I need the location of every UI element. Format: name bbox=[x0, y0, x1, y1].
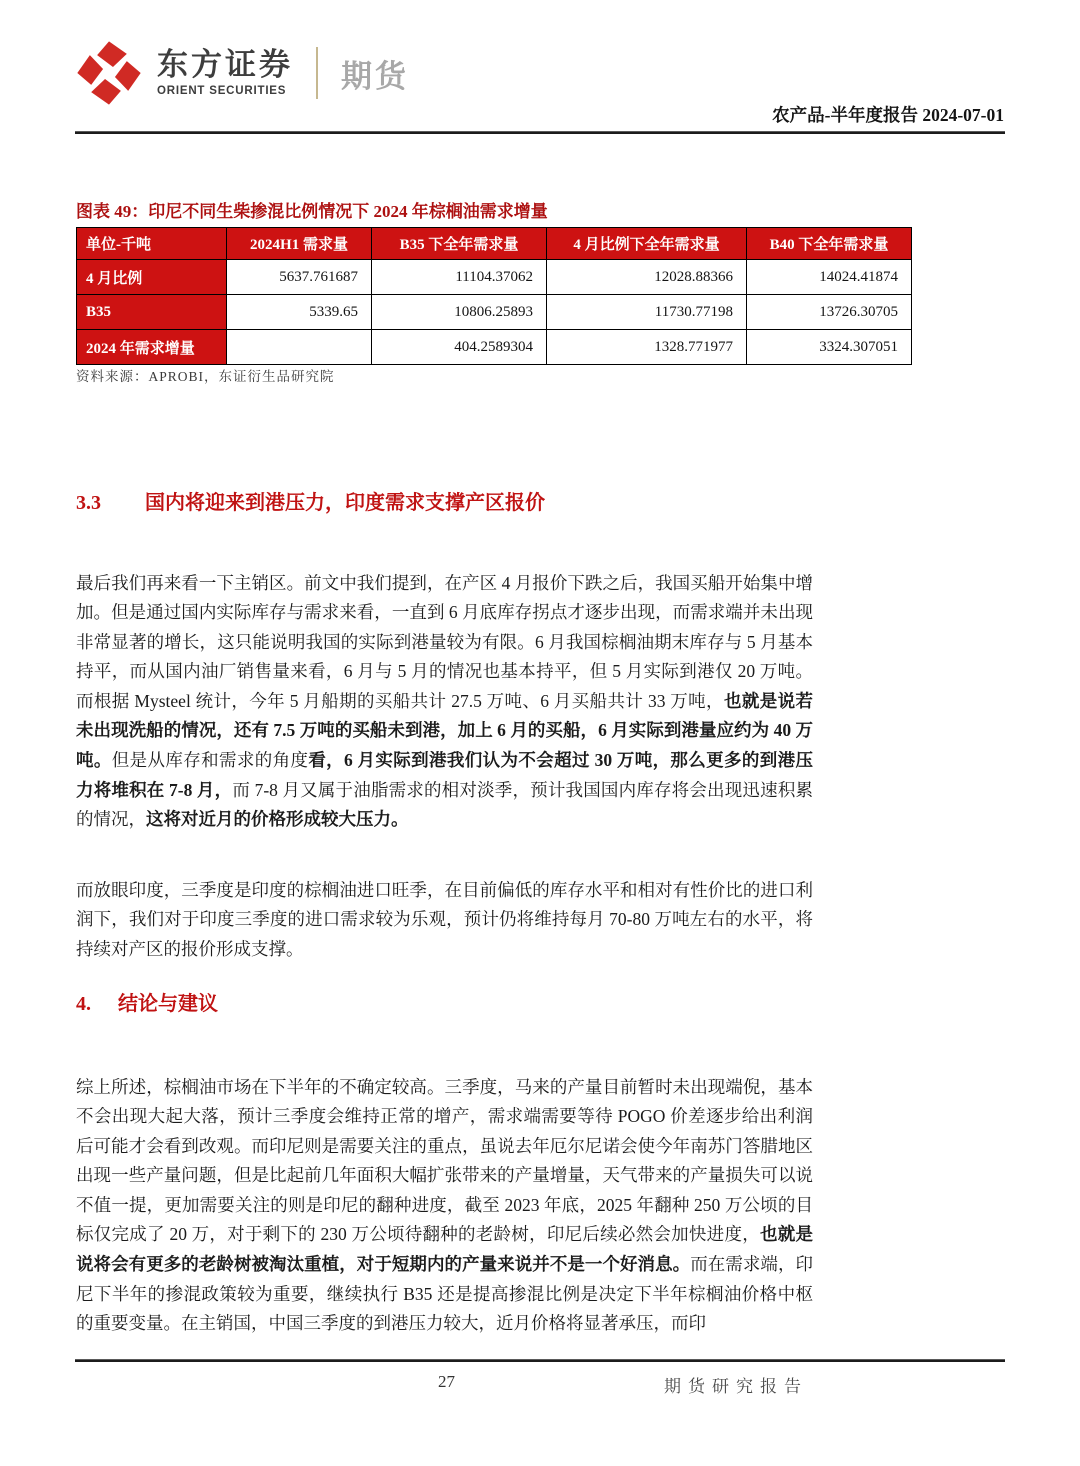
logo-name-en: ORIENT SECURITIES bbox=[157, 85, 293, 97]
table-cell: 13726.30705 bbox=[747, 295, 912, 330]
section-title: 结论与建议 bbox=[118, 993, 218, 1015]
section-number: 4. bbox=[76, 993, 91, 1015]
table-header-row: 单位-千吨 2024H1 需求量 B35 下全年需求量 4 月比例下全年需求量 … bbox=[77, 228, 912, 260]
text-run: 但是从库存和需求的角度 bbox=[112, 750, 309, 770]
header-rule bbox=[75, 131, 1005, 134]
table-cell: 11730.77198 bbox=[547, 295, 747, 330]
palm-oil-demand-table: 单位-千吨 2024H1 需求量 B35 下全年需求量 4 月比例下全年需求量 … bbox=[76, 227, 912, 365]
report-page: 东方证券 ORIENT SECURITIES 期货 农产品-半年度报告 2024… bbox=[0, 0, 1080, 1466]
section-3-3-heading: 3.3国内将迎来到港压力，印度需求支撑产区报价 bbox=[76, 486, 545, 515]
footer-rule bbox=[75, 1359, 1005, 1362]
table-cell: 5637.761687 bbox=[227, 260, 372, 295]
data-source-note: 资料来源：APROBI，东证衍生品研究院 bbox=[76, 365, 335, 385]
logo-text: 东方证券 ORIENT SECURITIES bbox=[157, 49, 293, 97]
paragraph-india-demand: 而放眼印度，三季度是印度的棕榈油进口旺季，在目前偏低的库存水平和相对有性价比的进… bbox=[76, 876, 813, 965]
pinwheel-logo-icon bbox=[76, 40, 142, 106]
table-cell: 11104.37062 bbox=[372, 260, 547, 295]
table-row: 4 月比例 5637.761687 11104.37062 12028.8836… bbox=[77, 260, 912, 295]
table-cell bbox=[227, 330, 372, 365]
page-number: 27 bbox=[438, 1372, 455, 1392]
logo-divider bbox=[316, 47, 318, 99]
column-header-b35: B35 下全年需求量 bbox=[372, 228, 547, 260]
row-label: 4 月比例 bbox=[77, 260, 227, 295]
section-number: 3.3 bbox=[76, 492, 101, 514]
figure-title: 图表 49：印尼不同生柴掺混比例情况下 2024 年棕榈油需求增量 bbox=[76, 197, 548, 222]
table-row: 2024 年需求增量 404.2589304 1328.771977 3324.… bbox=[77, 330, 912, 365]
text-run: 综上所述，棕榈油市场在下半年的不确定较高。三季度，马来的产量目前暂时未出现端倪，… bbox=[76, 1077, 813, 1245]
row-label: 2024 年需求增量 bbox=[77, 330, 227, 365]
table-cell: 14024.41874 bbox=[747, 260, 912, 295]
paragraph-conclusion: 综上所述，棕榈油市场在下半年的不确定较高。三季度，马来的产量目前暂时未出现端倪，… bbox=[76, 1073, 813, 1339]
logo-name-cn: 东方证券 bbox=[157, 49, 293, 80]
text-run: 最后我们再来看一下主销区。前文中我们提到，在产区 4 月报价下跌之后，我国买船开… bbox=[76, 573, 813, 711]
column-header-april-ratio: 4 月比例下全年需求量 bbox=[547, 228, 747, 260]
company-logo: 东方证券 ORIENT SECURITIES 期货 bbox=[76, 40, 409, 106]
logo-division-label: 期货 bbox=[341, 51, 409, 96]
table-cell: 1328.771977 bbox=[547, 330, 747, 365]
row-label: B35 bbox=[77, 295, 227, 330]
table-cell: 404.2589304 bbox=[372, 330, 547, 365]
column-header-b40: B40 下全年需求量 bbox=[747, 228, 912, 260]
column-header-2024h1: 2024H1 需求量 bbox=[227, 228, 372, 260]
text-run: 而放眼印度，三季度是印度的棕榈油进口旺季，在目前偏低的库存水平和相对有性价比的进… bbox=[76, 880, 813, 959]
section-title: 国内将迎来到港压力，印度需求支撑产区报价 bbox=[145, 492, 545, 514]
table-cell: 10806.25893 bbox=[372, 295, 547, 330]
table-cell: 12028.88366 bbox=[547, 260, 747, 295]
table-cell: 3324.307051 bbox=[747, 330, 912, 365]
footer-report-type: 期货研究报告 bbox=[664, 1372, 808, 1397]
table-row: B35 5339.65 10806.25893 11730.77198 1372… bbox=[77, 295, 912, 330]
table-cell: 5339.65 bbox=[227, 295, 372, 330]
text-run-bold: 这将对近月的价格形成较大压力。 bbox=[146, 809, 409, 829]
report-type-and-date: 农产品-半年度报告 2024-07-01 bbox=[772, 102, 1004, 127]
section-4-heading: 4.结论与建议 bbox=[76, 987, 218, 1016]
column-header-unit: 单位-千吨 bbox=[77, 228, 227, 260]
paragraph-domestic-arrivals: 最后我们再来看一下主销区。前文中我们提到，在产区 4 月报价下跌之后，我国买船开… bbox=[76, 569, 813, 835]
